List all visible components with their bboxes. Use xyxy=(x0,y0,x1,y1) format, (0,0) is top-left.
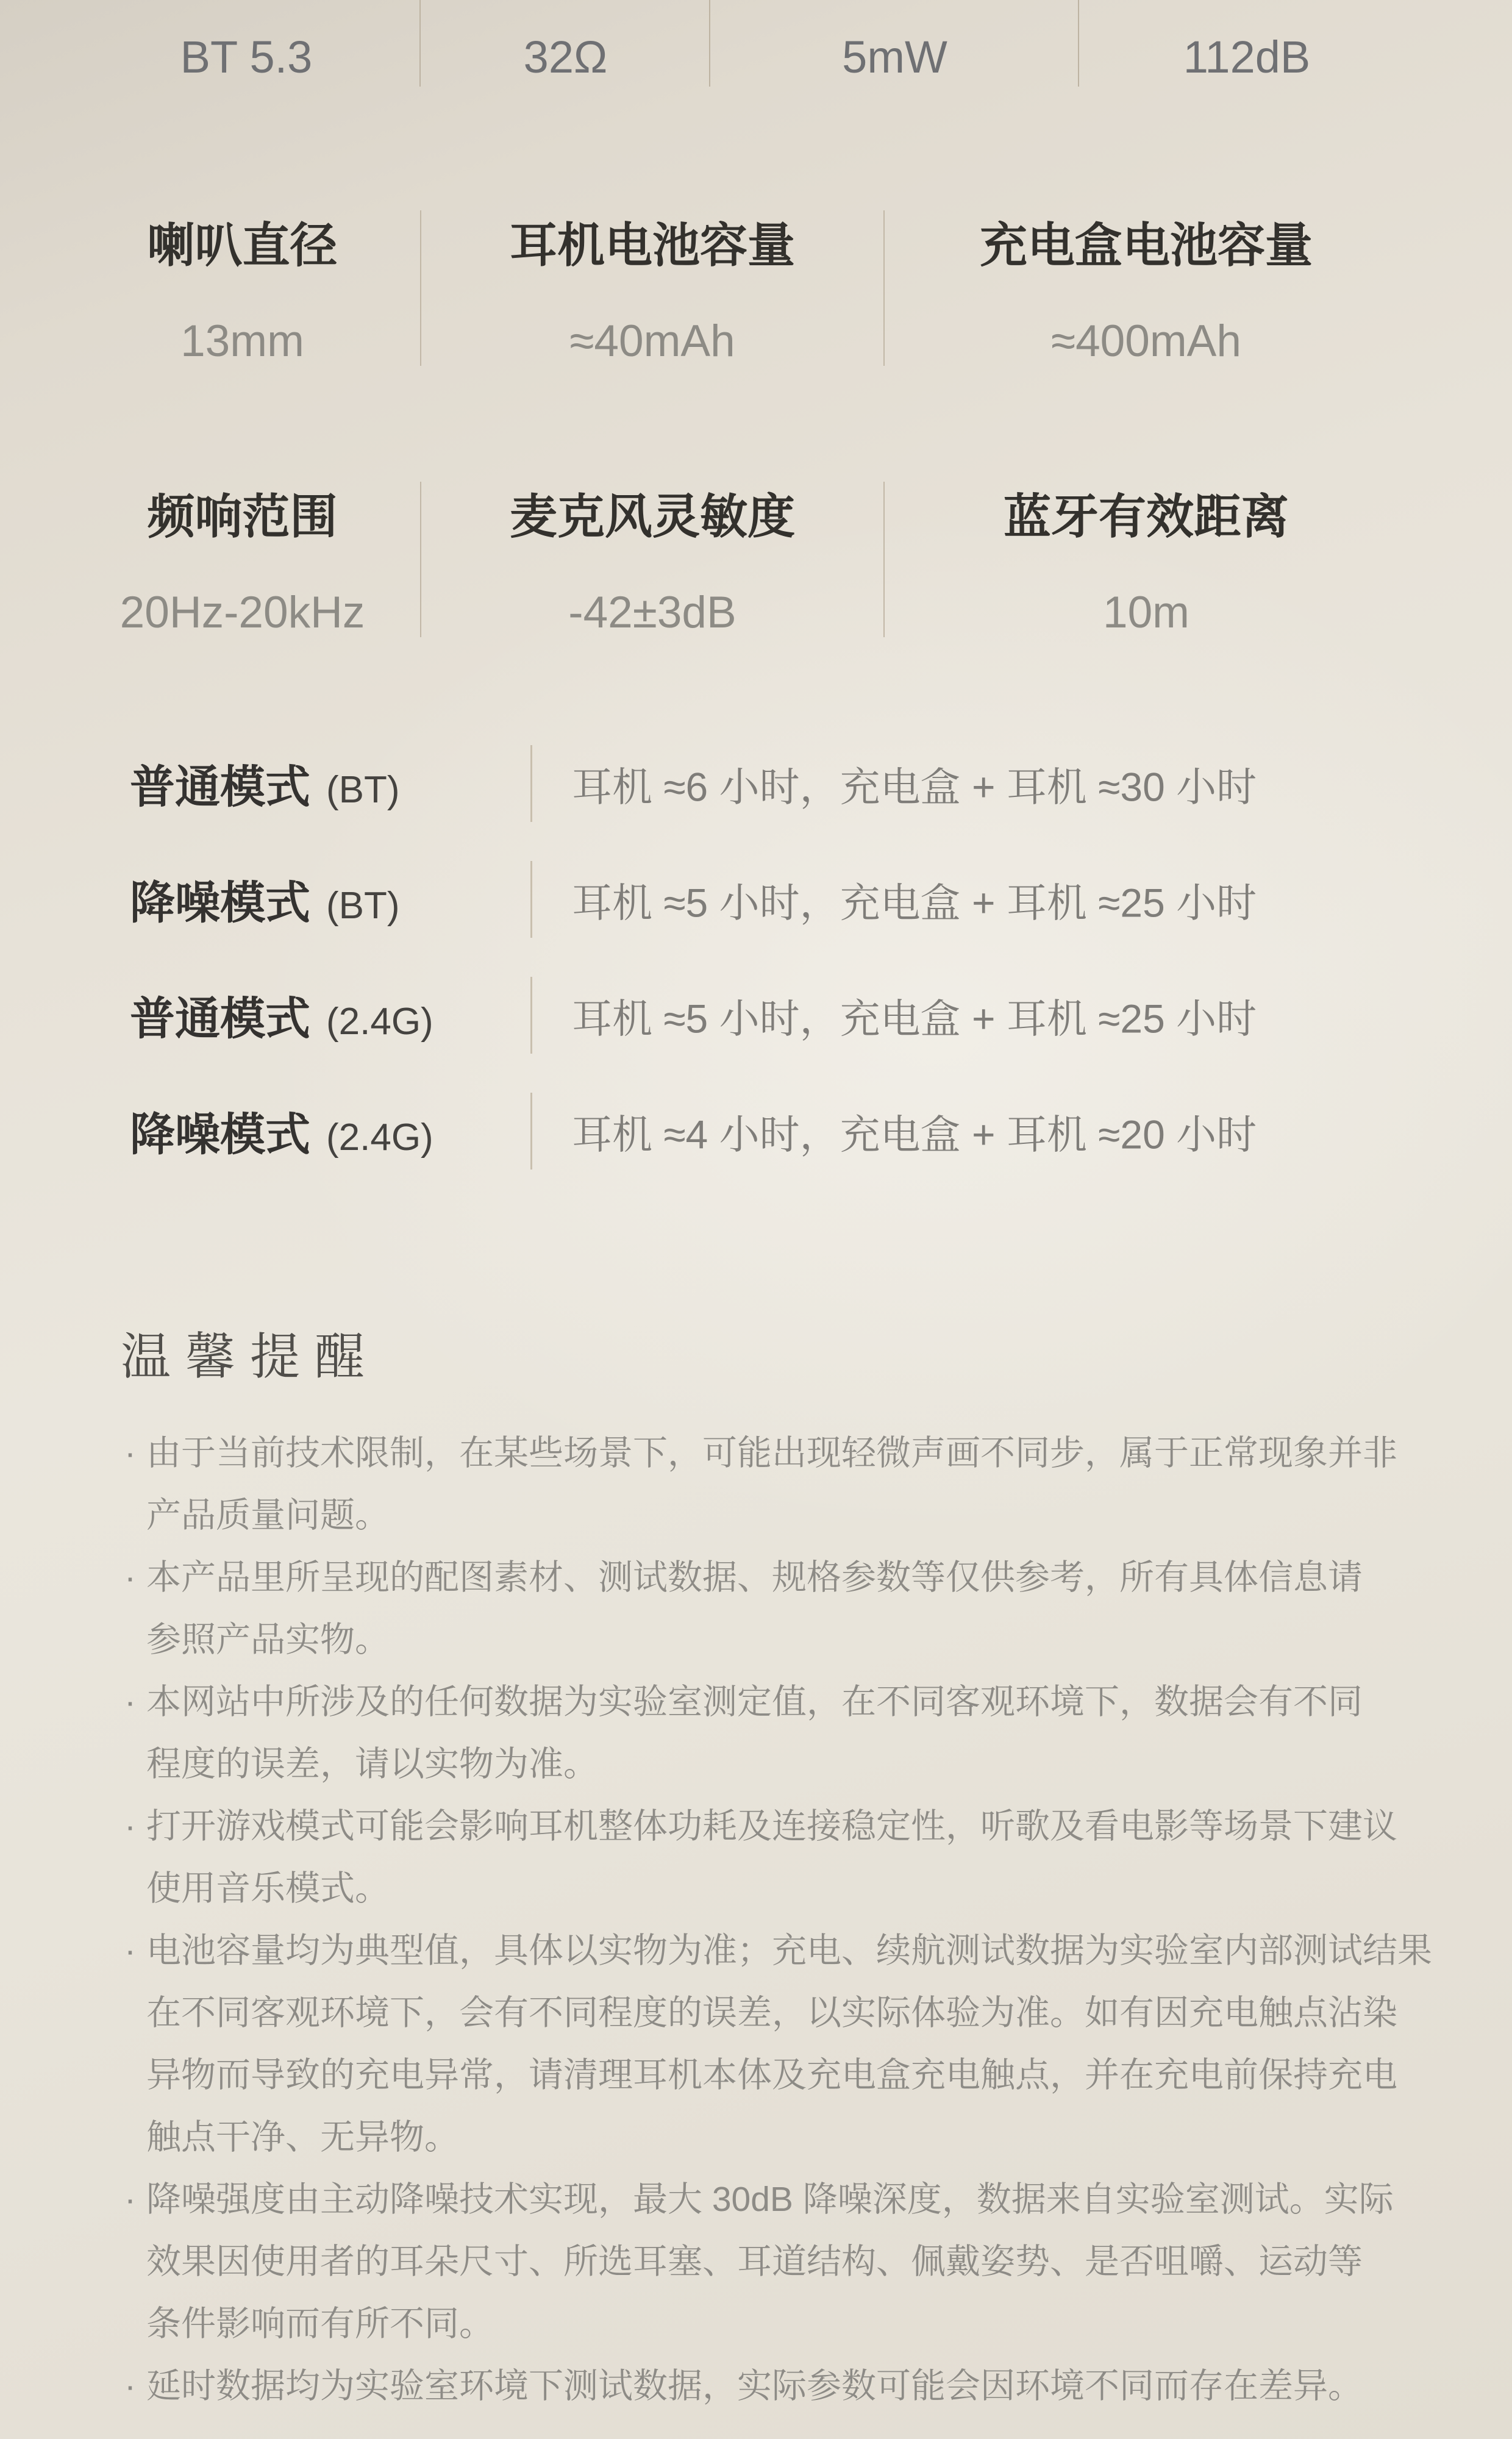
list-item: · 降噪强度由主动降噪技术实现，最大 30dB 降噪深度，数据来自实验室测试。实… xyxy=(93,2168,1452,2355)
mode-name: 普通模式 xyxy=(130,993,310,1044)
spec-cell-case-battery: 充电盒电池容量 ≈400mAh xyxy=(884,207,1512,402)
spec-cell-bluetooth-range: 蓝牙有效距离 10m xyxy=(884,479,1512,674)
spec-label: 喇叭直径 xyxy=(147,207,337,276)
mode-label: 降噪模式(BT) xyxy=(130,867,400,932)
mode-band: (BT) xyxy=(326,769,400,811)
mode-duration: 耳机 ≈6 小时，充电盒 + 耳机 ≈30 小时 xyxy=(572,755,1257,813)
spec-label: 蓝牙有效距离 xyxy=(1004,479,1289,547)
mode-name: 降噪模式 xyxy=(130,877,310,928)
bullet-icon: · xyxy=(124,1671,136,1733)
divider xyxy=(883,210,885,366)
bullet-icon: · xyxy=(124,2355,136,2417)
mode-label: 普通模式(2.4G) xyxy=(130,983,433,1048)
reminder-title: 温馨提醒 xyxy=(121,1317,379,1388)
spec-value-rated-power: 5mW xyxy=(710,0,1079,91)
mode-duration: 耳机 ≈5 小时，充电盒 + 耳机 ≈25 小时 xyxy=(572,987,1257,1045)
list-item: · 延时数据均为实验室环境下测试数据，实际参数可能会因环境不同而存在差异。 xyxy=(93,2355,1452,2417)
spec-label: 麦克风灵敏度 xyxy=(510,479,795,547)
table-row: 普通模式(BT) 耳机 ≈6 小时，充电盒 + 耳机 ≈30 小时 xyxy=(0,726,1512,841)
divider xyxy=(420,210,421,366)
spec-label: 充电盒电池容量 xyxy=(980,207,1313,276)
bullet-icon: · xyxy=(124,1422,136,1484)
list-item: · 电池容量均为典型值，具体以实物为准；充电、续航测试数据为实验室内部测试结果 … xyxy=(93,1919,1452,2168)
mode-band: (BT) xyxy=(326,885,400,927)
spec-value: 20Hz-20kHz xyxy=(120,587,365,638)
divider xyxy=(530,861,532,938)
reminder-text: 延时数据均为实验室环境下测试数据，实际参数可能会因环境不同而存在差异。 xyxy=(146,2355,1452,2417)
spec-value-sensitivity: 112dB xyxy=(1079,0,1512,91)
reminder-text: 由于当前技术限制，在某些场景下，可能出现轻微声画不同步，属于正常现象并非 产品质… xyxy=(146,1422,1452,1546)
spec-cell-speaker-diameter: 喇叭直径 13mm xyxy=(0,207,421,402)
reminder-text: 本产品里所呈现的配图素材、测试数据、规格参数等仅供参考，所有具体信息请 参照产品… xyxy=(146,1546,1452,1671)
divider xyxy=(530,977,532,1054)
mode-duration: 耳机 ≈4 小时，充电盒 + 耳机 ≈20 小时 xyxy=(572,1102,1257,1160)
spec-label: 频响范围 xyxy=(147,479,337,547)
mode-name: 普通模式 xyxy=(130,762,310,812)
divider xyxy=(419,0,421,87)
list-item: · 本网站中所涉及的任何数据为实验室测定值，在不同客观环境下，数据会有不同 程度… xyxy=(93,1671,1452,1795)
mode-band: (2.4G) xyxy=(326,1001,433,1043)
mode-duration: 耳机 ≈5 小时，充电盒 + 耳机 ≈25 小时 xyxy=(572,871,1257,929)
spec-value-bluetooth-version: BT 5.3 xyxy=(0,0,421,91)
spec-value: -42±3dB xyxy=(568,587,736,638)
product-spec-page: BT 5.3 32Ω 5mW 112dB 喇叭直径 13mm 耳机电池容量 ≈4… xyxy=(0,0,1512,2439)
spec-row-1: 喇叭直径 13mm 耳机电池容量 ≈40mAh 充电盒电池容量 ≈400mAh xyxy=(0,207,1512,402)
spec-row-2: 频响范围 20Hz-20kHz 麦克风灵敏度 -42±3dB 蓝牙有效距离 10… xyxy=(0,479,1512,674)
reminder-text: 本网站中所涉及的任何数据为实验室测定值，在不同客观环境下，数据会有不同 程度的误… xyxy=(146,1671,1452,1795)
divider xyxy=(530,745,532,822)
spec-value: ≈40mAh xyxy=(569,316,735,366)
table-row: 降噪模式(BT) 耳机 ≈5 小时，充电盒 + 耳机 ≈25 小时 xyxy=(0,841,1512,957)
mode-band: (2.4G) xyxy=(326,1116,433,1159)
spec-value: 13mm xyxy=(180,316,304,366)
divider xyxy=(1078,0,1079,87)
top-spec-strip: BT 5.3 32Ω 5mW 112dB xyxy=(0,0,1512,91)
spec-cell-frequency-range: 频响范围 20Hz-20kHz xyxy=(0,479,421,674)
list-item: · 本产品里所呈现的配图素材、测试数据、规格参数等仅供参考，所有具体信息请 参照… xyxy=(93,1546,1452,1671)
mode-label: 降噪模式(2.4G) xyxy=(130,1099,433,1163)
spec-value: 10m xyxy=(1103,587,1189,638)
reminder-text: 电池容量均为典型值，具体以实物为准；充电、续航测试数据为实验室内部测试结果 在不… xyxy=(146,1919,1452,2168)
mode-name: 降噪模式 xyxy=(130,1109,310,1160)
spec-cell-earbud-battery: 耳机电池容量 ≈40mAh xyxy=(421,207,884,402)
reminder-text: 降噪强度由主动降噪技术实现，最大 30dB 降噪深度，数据来自实验室测试。实际 … xyxy=(146,2168,1452,2355)
table-row: 普通模式(2.4G) 耳机 ≈5 小时，充电盒 + 耳机 ≈25 小时 xyxy=(0,957,1512,1073)
reminder-text: 打开游戏模式可能会影响耳机整体功耗及连接稳定性，听歌及看电影等场景下建议 使用音… xyxy=(146,1795,1452,1919)
bullet-icon: · xyxy=(124,1546,136,1609)
divider xyxy=(883,482,885,637)
divider xyxy=(420,482,421,637)
reminder-list: · 由于当前技术限制，在某些场景下，可能出现轻微声画不同步，属于正常现象并非 产… xyxy=(93,1422,1452,2417)
list-item: · 打开游戏模式可能会影响耳机整体功耗及连接稳定性，听歌及看电影等场景下建议 使… xyxy=(93,1795,1452,1919)
spec-cell-mic-sensitivity: 麦克风灵敏度 -42±3dB xyxy=(421,479,884,674)
bullet-icon: · xyxy=(124,1795,136,1857)
spec-value-impedance: 32Ω xyxy=(421,0,710,91)
list-item: · 由于当前技术限制，在某些场景下，可能出现轻微声画不同步，属于正常现象并非 产… xyxy=(93,1422,1452,1546)
battery-mode-table: 普通模式(BT) 耳机 ≈6 小时，充电盒 + 耳机 ≈30 小时 降噪模式(B… xyxy=(0,726,1512,1189)
bullet-icon: · xyxy=(124,1919,136,1982)
bullet-icon: · xyxy=(124,2168,136,2230)
divider xyxy=(709,0,710,87)
spec-value: ≈400mAh xyxy=(1051,316,1241,366)
table-row: 降噪模式(2.4G) 耳机 ≈4 小时，充电盒 + 耳机 ≈20 小时 xyxy=(0,1073,1512,1189)
mode-label: 普通模式(BT) xyxy=(130,751,400,816)
divider xyxy=(530,1093,532,1170)
spec-label: 耳机电池容量 xyxy=(510,207,795,276)
